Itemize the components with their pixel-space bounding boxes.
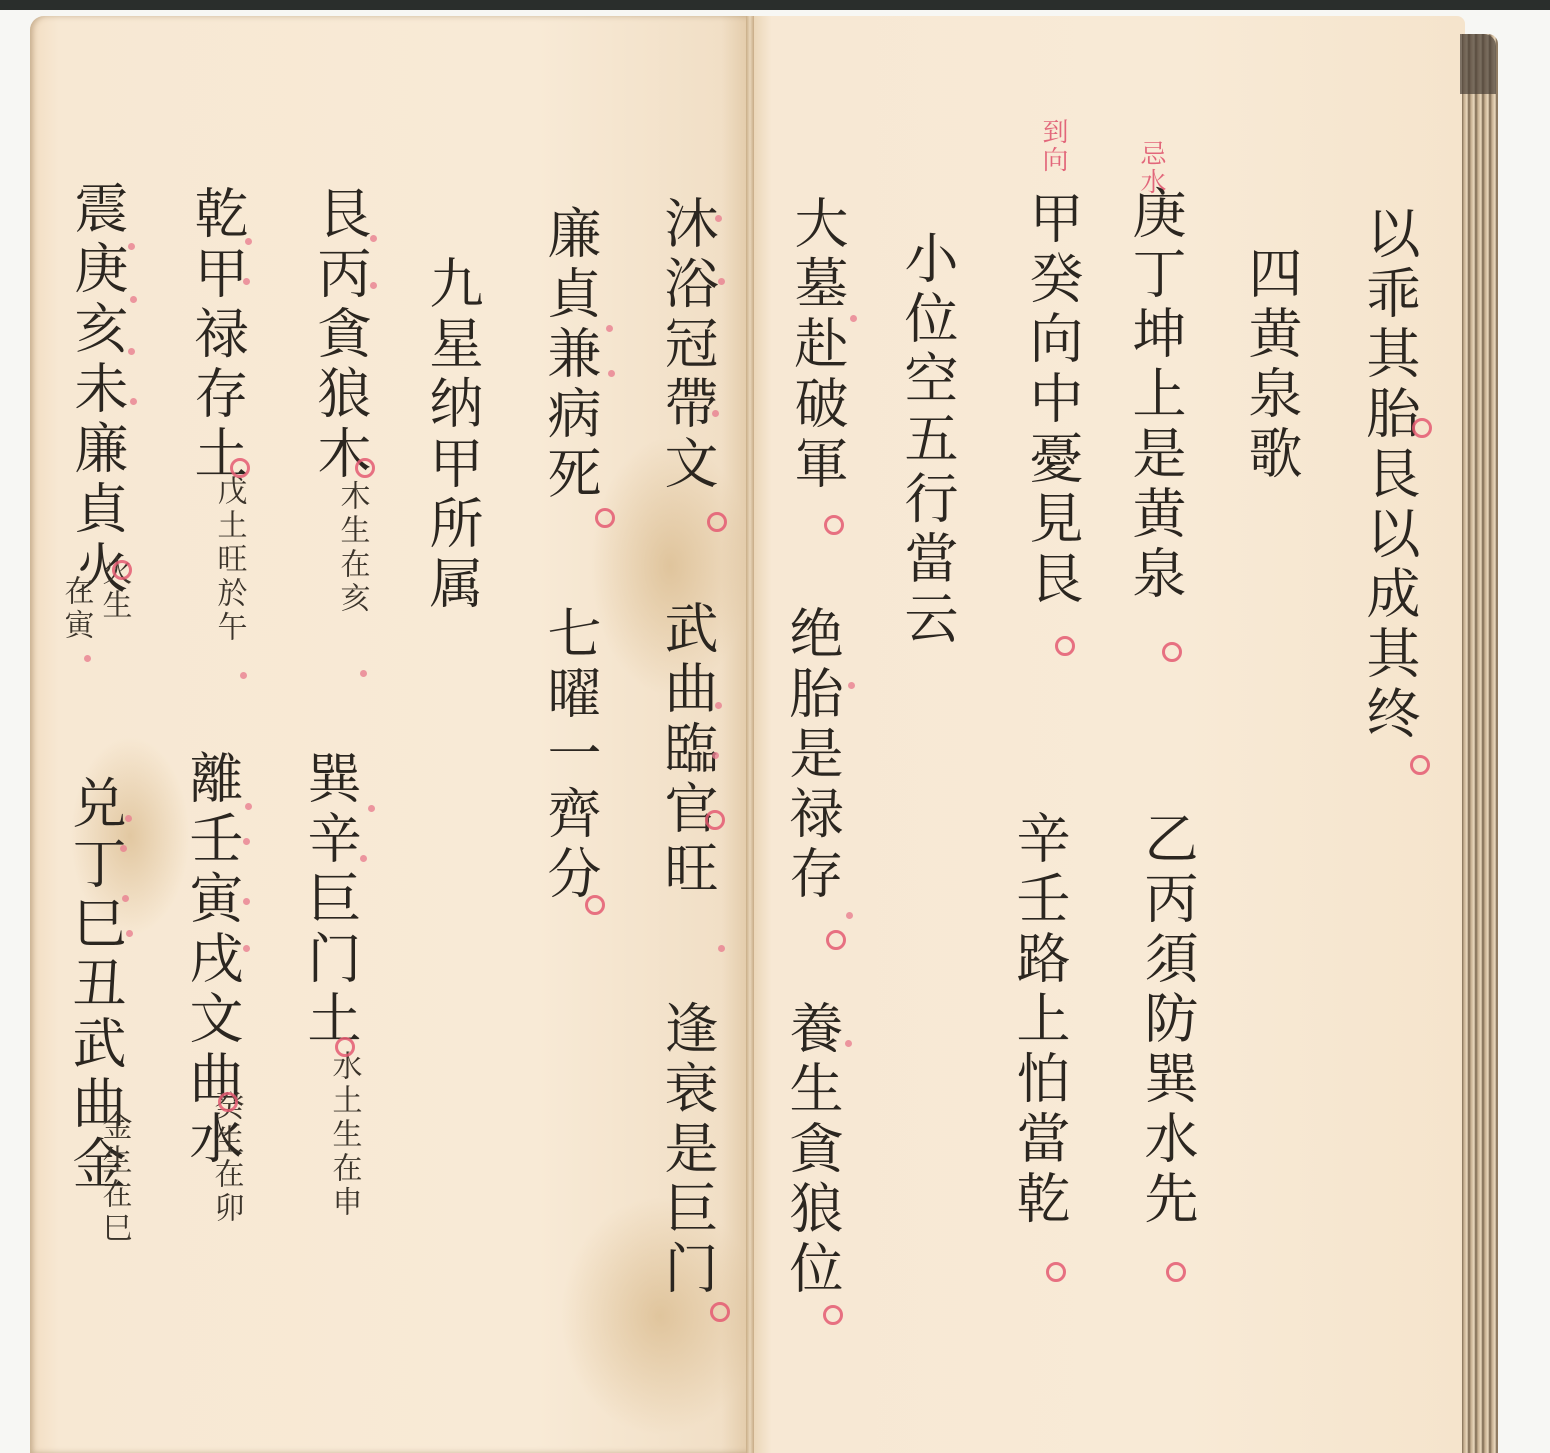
page-edges — [1462, 34, 1498, 1453]
column-l2-lower: 七曜一齊分 — [543, 605, 597, 905]
column-r6b: 養生貪狼位 — [785, 1000, 839, 1300]
red-tick-mark — [243, 898, 250, 905]
red-tick-mark — [850, 315, 857, 322]
book-gutter — [746, 16, 754, 1453]
page-edge-shadow — [1460, 34, 1496, 94]
column-l6-lower-note: 金生在巳 — [98, 1110, 130, 1246]
red-tick-mark — [243, 945, 250, 952]
column-l3: 九星纳甲所属 — [425, 255, 479, 615]
column-l4-lower-note: 水土生在申 — [328, 1050, 360, 1220]
red-tick-mark — [120, 845, 127, 852]
red-tick-mark — [368, 805, 375, 812]
red-circle-mark — [585, 895, 605, 915]
scanner-top-edge — [0, 0, 1550, 10]
red-circle-mark — [710, 1302, 730, 1322]
red-circle-mark — [1410, 755, 1430, 775]
red-circle-mark — [823, 1305, 843, 1325]
red-circle-mark — [335, 1037, 355, 1057]
red-tick-mark — [718, 278, 725, 285]
column-l6-upper: 震庚亥未廉貞火 — [70, 180, 124, 600]
red-circle-mark — [707, 512, 727, 532]
red-tick-mark — [126, 930, 133, 937]
red-circle-mark — [824, 515, 844, 535]
column-l4-upper: 艮丙貪狼木 — [313, 185, 367, 485]
column-l4-upper-note: 木生在亥 — [336, 480, 368, 616]
red-circle-mark — [1046, 1262, 1066, 1282]
column-r2-title: 四黄泉歌 — [1244, 245, 1298, 485]
red-tick-mark — [712, 410, 719, 417]
red-tick-mark — [845, 1040, 852, 1047]
red-tick-mark — [245, 238, 252, 245]
red-tick-mark — [122, 895, 129, 902]
red-circle-mark — [1166, 1262, 1186, 1282]
red-tick-mark — [360, 855, 367, 862]
red-tick-mark — [360, 670, 367, 677]
column-l1b: 逢衰是巨门 — [660, 1000, 714, 1300]
column-r6-upper: 大墓赴破軍 — [790, 195, 844, 495]
red-circle-mark — [595, 508, 615, 528]
column-l6-upper-note-b: 在寅 — [60, 575, 92, 643]
column-l1-upper: 沐浴冠帶文 — [660, 195, 714, 495]
column-l1-lower: 武曲臨官旺 — [660, 600, 714, 900]
red-tick-mark — [715, 215, 722, 222]
column-r4-lower: 辛壬路上怕當乾 — [1012, 810, 1066, 1230]
red-circle-mark — [112, 560, 132, 580]
column-r1: 以乖其胎艮以成其终 — [1362, 205, 1416, 745]
red-tick-mark — [125, 815, 132, 822]
column-l5-upper: 乾甲禄存土 — [190, 185, 244, 485]
red-tick-mark — [370, 282, 377, 289]
column-l4-lower: 巽辛巨门土 — [303, 750, 357, 1050]
red-tick-mark — [128, 243, 135, 250]
red-circle-mark — [826, 930, 846, 950]
red-tick-mark — [608, 370, 615, 377]
red-circle-mark — [1162, 642, 1182, 662]
column-r3-lower: 乙丙須防巽水先 — [1140, 810, 1194, 1230]
red-tick-mark — [848, 682, 855, 689]
red-circle-mark — [1412, 418, 1432, 438]
red-tick-mark — [84, 655, 91, 662]
red-tick-mark — [715, 702, 722, 709]
red-tick-mark — [128, 348, 135, 355]
column-r3-upper: 庚丁坤上是黄泉 — [1128, 185, 1182, 605]
column-r4-upper: 甲癸向中憂見艮 — [1025, 190, 1079, 610]
red-circle-mark — [230, 458, 250, 478]
red-tick-mark — [718, 945, 725, 952]
column-r5: 小位空五行當云 — [900, 230, 954, 650]
column-l2-upper: 廉貞兼病死 — [543, 205, 597, 505]
red-tick-mark — [130, 296, 137, 303]
red-tick-mark — [370, 235, 377, 242]
red-tick-mark — [130, 398, 137, 405]
red-circle-mark — [355, 458, 375, 478]
red-tick-mark — [846, 912, 853, 919]
red-annotation: 到向 — [1040, 118, 1066, 174]
red-tick-mark — [712, 752, 719, 759]
red-tick-mark — [240, 672, 247, 679]
open-book — [30, 16, 1500, 1453]
column-l5-upper-note: 戊土旺於午 — [213, 475, 245, 645]
red-circle-mark — [705, 810, 725, 830]
red-tick-mark — [245, 803, 252, 810]
red-tick-mark — [606, 325, 613, 332]
red-tick-mark — [243, 838, 250, 845]
red-circle-mark — [1055, 636, 1075, 656]
column-r6-lower: 绝胎是禄存 — [785, 605, 839, 905]
red-tick-mark — [243, 278, 250, 285]
red-circle-mark — [218, 1092, 238, 1112]
